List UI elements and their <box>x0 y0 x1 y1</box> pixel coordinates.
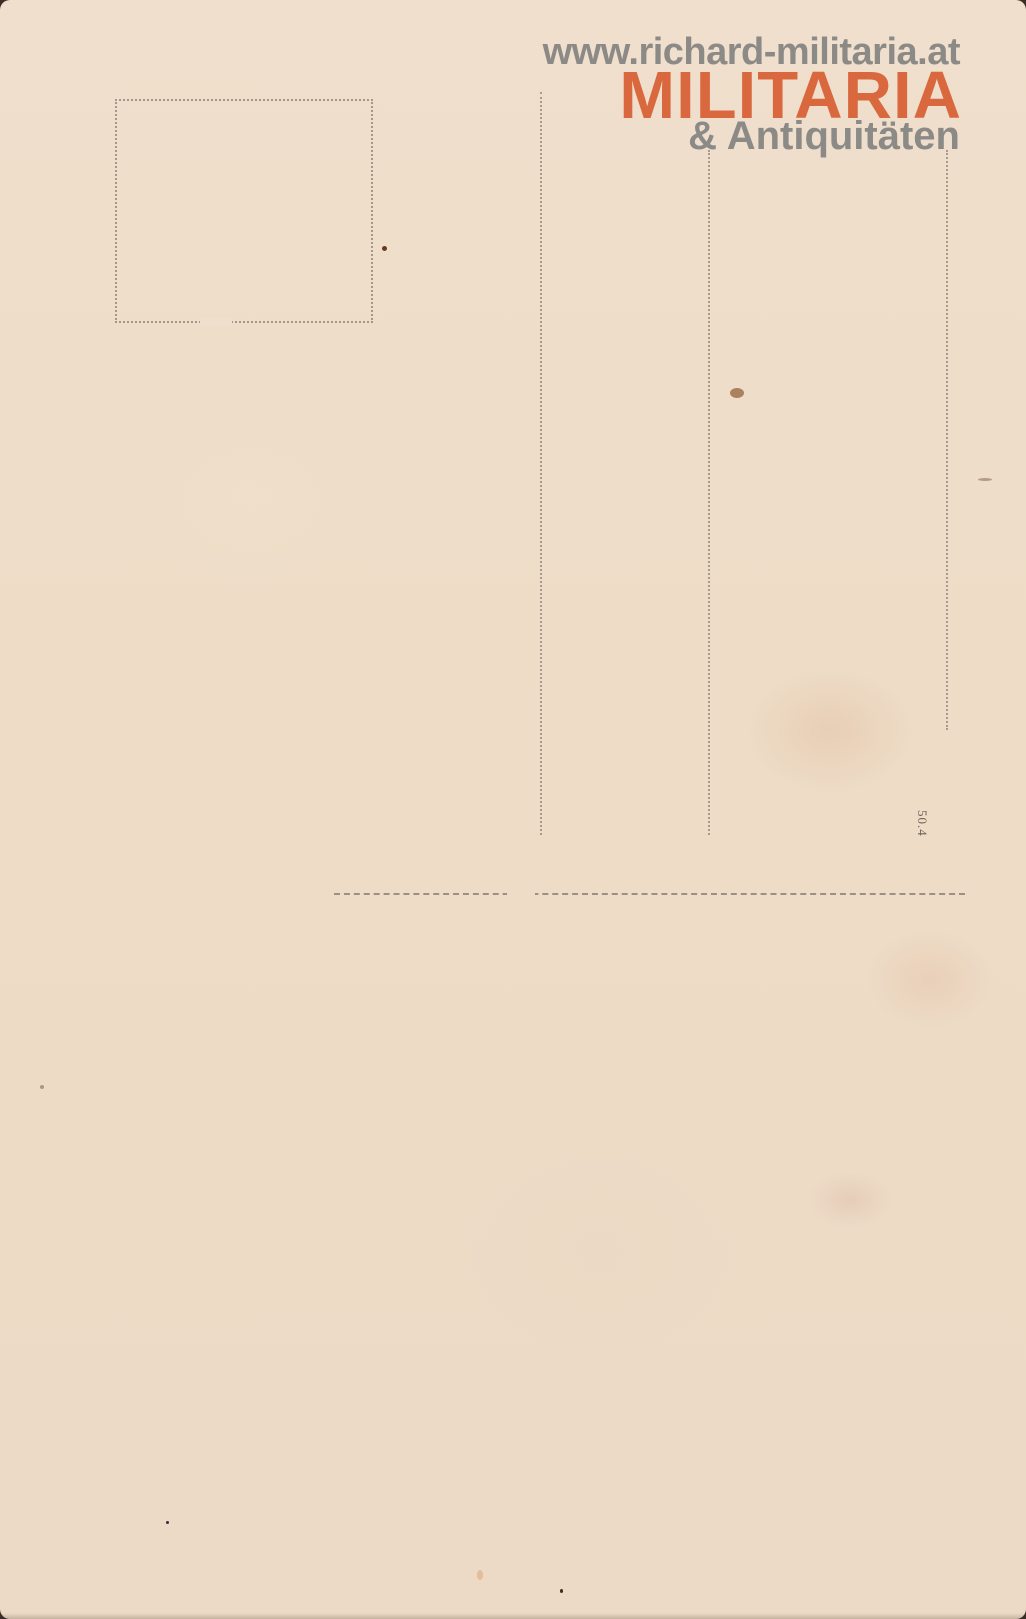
stain-spot <box>40 1085 44 1089</box>
stamp-placeholder-box <box>115 99 373 323</box>
divider-line-left <box>540 92 542 835</box>
address-line <box>334 893 965 895</box>
serial-number: 50.4 <box>914 810 930 837</box>
stamp-box-gap <box>200 318 232 326</box>
stain-spot <box>382 246 387 251</box>
stain-spot <box>978 478 992 481</box>
stain-spot <box>560 1589 563 1593</box>
card-edge-shadow <box>0 1613 1026 1619</box>
divider-line-middle <box>708 150 710 835</box>
divider-line-right <box>946 150 948 730</box>
stain-spot <box>166 1521 169 1524</box>
address-line-gap <box>507 889 535 897</box>
stain-spot <box>730 388 744 398</box>
stain-spot <box>477 1570 483 1580</box>
watermark-subtitle: & Antiquitäten <box>688 116 960 156</box>
postcard-back: 50.4 www.richard-militaria.at MILITARIA … <box>0 0 1026 1619</box>
